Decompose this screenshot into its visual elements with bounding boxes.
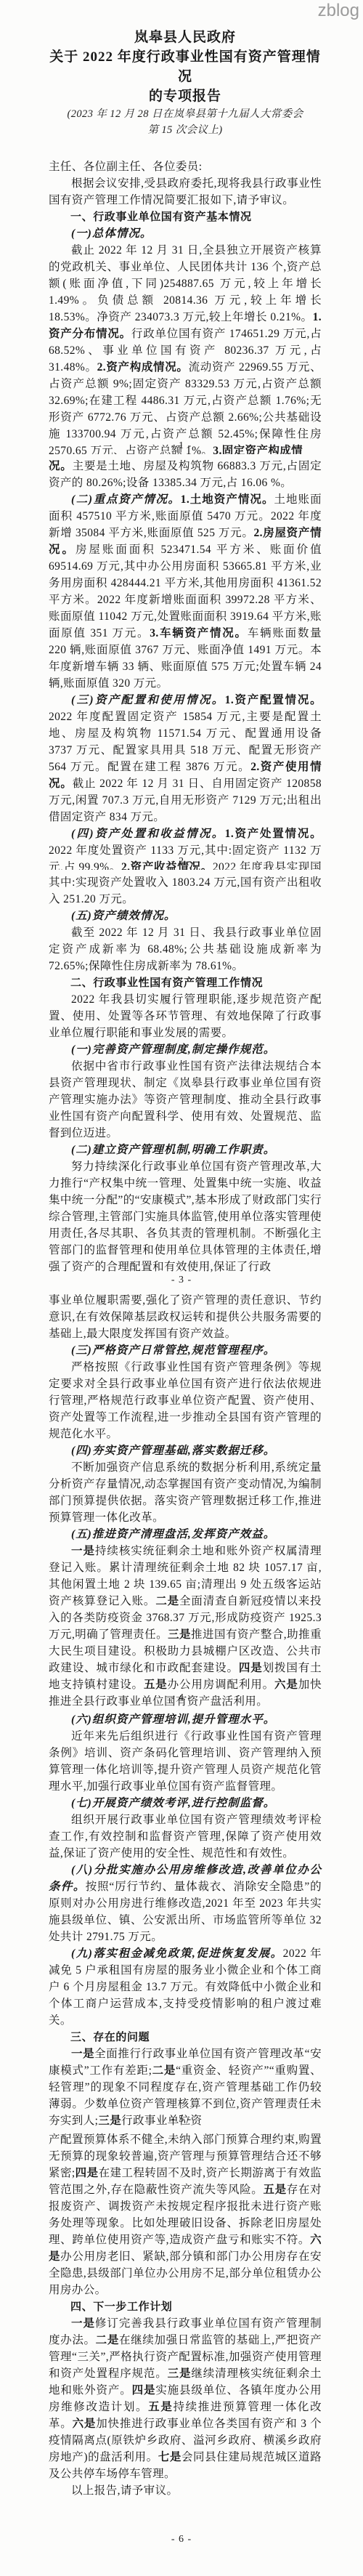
text-run: (一)总体情况。 (71, 227, 152, 240)
text-run: 主任、各位副主任、各位委员: (49, 161, 202, 173)
text-run: (四)资产处置和收益情况。 (71, 828, 225, 840)
text-run: 二是 (152, 2064, 176, 2077)
text-run: 五是 (263, 2184, 286, 2196)
text-run: 1.资产处置情况。 (225, 828, 322, 840)
block-h2: (七)开展资产绩效考评,进行控制监督。 (49, 1795, 322, 1812)
text-run: 房屋账面面积 523471.54 平方米、账面价值 69514.69 万元,其中… (49, 544, 322, 639)
text-run: (六)组织资产管理培训,提升管理水平。 (71, 1713, 275, 1726)
block-para: 努力持续深化行政事业单位国有资产管理改革,大力推行“产权集中统一管理、处置集中统… (49, 1158, 322, 1275)
text-run: 七是 (158, 2451, 181, 2463)
text-run: 2.资产构成情况。 (97, 361, 189, 374)
page-number: - 3 - (0, 1275, 363, 1286)
text-run: 按照“厉行节约、量体裁衣、消除安全隐患”的原则对办公用房进行维修改造,2021 … (49, 1881, 322, 1943)
page-number: - 1 - (0, 440, 363, 452)
block-para: 2022 年我县切实履行管理职能,逐步规范资产配置、使用、处置等各环节管理、有效… (49, 991, 322, 1041)
block-cont: 事业单位履职需要,强化了资产管理的责任意识、节约意识,在有效保障基层政权运转和提… (49, 1292, 322, 1342)
block-para: 以上报告,请予审议。 (49, 2482, 322, 2499)
block-h1: 一、行政事业单位国有资产基本情况 (49, 209, 322, 225)
text-run: 六是 (274, 1679, 298, 1691)
text-run: 五是 (148, 2401, 173, 2413)
text-run: 依据中省市行政事业性国有资产法律法规结合本县资产管理现状、制定《岚皋县行政事业单… (49, 1060, 322, 1139)
text-run: 组织开展行政事业单位国有资产管理绩效考评检查工作,有效控制和监督资产管理,保障了… (49, 1814, 322, 1860)
text-run: (四)夯实资产管理基础,落实数据迁移。 (71, 1445, 275, 1457)
block-para: (二)重点资产情况。1.土地资产情况。土地账面面积 457510 平方米,账面原… (49, 491, 322, 692)
text-run: 三、存在的问题 (70, 2031, 150, 2043)
block-h1: 四、下一步工作计划 (49, 2298, 322, 2315)
block-cont: 况。主要是土地、房屋及构筑物 66883.3 万元,占固定资产的 80.26%;… (49, 458, 322, 491)
block-h2: (一)完善资产管理制度,制定操作规范。 (49, 1041, 322, 1058)
block-h2: (四)夯实资产管理基础,落实数据迁移。 (49, 1442, 322, 1459)
block-title: 岚皋县人民政府 (49, 28, 322, 47)
block-title: 的专项报告 (49, 86, 322, 106)
page-number: - 4 - (0, 1692, 363, 1704)
text-run: (2023 年 12 月 28 日在岚皋县第十九届人大常委会 (68, 108, 303, 120)
text-run: 其中:实现资产处置收入 1803.24 万元,国有资产出租收入 251.20 万… (49, 876, 322, 905)
text-run: 四是 (76, 2167, 99, 2179)
text-run: 四、下一步工作计划 (70, 2301, 172, 2313)
block-cont: 其中:实现资产处置收入 1803.24 万元,国有资产出租收入 251.20 万… (49, 874, 322, 908)
text-run: 四是 (239, 1662, 263, 1674)
block-h2: (五)推进资产清理盘活,发挥资产效益。 (49, 1526, 322, 1543)
text-run: 3.车辆资产情况。 (150, 627, 248, 639)
text-run: (三)资产配置和使用情况。 (71, 694, 225, 706)
text-run: 二、行政事业性国有资产管理工作情况 (70, 977, 263, 989)
text-run: 四是 (132, 2384, 156, 2397)
text-run: 六是 (73, 2418, 97, 2430)
text-run: 截止 2022 年 12 月 31 日,全县独立开展资产核算的党政机关、事业单位… (49, 244, 322, 323)
block-para: 一是持续核实统征剩余土地和账外资产权属清理登记入账。累计清理统征剩余土地 82 … (49, 1543, 322, 1706)
block-title: 关于 2022 年度行政事业性国有资产管理情况 (49, 47, 322, 86)
text-run: 二是 (155, 1595, 179, 1607)
text-run: 二是 (96, 2334, 119, 2346)
text-run: 根据会议安排,受县政府委托,现将我县行政事业性国有资产管理工作情况简要汇报如下,… (49, 177, 322, 206)
block-h2: (五)资产绩效情况。 (49, 908, 322, 924)
text-run: 严格按照《行政事业性国有资产管理条例》等规定要求对全县行政事业单位国有资产进行依… (49, 1361, 322, 1440)
block-para: 截至 2022 年 12 月 31 日、我县行政事业单位固定资产成新率为 68.… (49, 924, 322, 974)
block-para: (三)资产配置和使用情况。1.资产配置情况。2022 年度配置固定资产 1585… (49, 692, 322, 825)
text-run: 1.土地资产情况。 (181, 493, 274, 506)
text-run: (二)建立资产管理机制,明确工作职责。 (71, 1144, 275, 1156)
block-h2: (二)建立资产管理机制,明确工作职责。 (49, 1142, 322, 1158)
text-run: 努力持续深化行政事业单位国有资产管理改革,大力推行“产权集中统一管理、处置集中统… (49, 1160, 322, 1273)
page-2: 况。主要是土地、房屋及构筑物 66883.3 万元,占固定资产的 80.26%;… (0, 454, 363, 870)
scanned-report-document: zblog 岚皋县人民政府关于 2022 年度行政事业性国有资产管理情况的专项报… (0, 0, 363, 2576)
block-h2: (一)总体情况。 (49, 225, 322, 242)
block-salutation: 主任、各位副主任、各位委员: (49, 158, 322, 175)
block-meeting: (2023 年 12 月 28 日在岚皋县第十九届人大常委会 (49, 106, 322, 122)
text-run: 一是 (71, 2317, 95, 2330)
block-para: 一是修订完善我县行政事业单位国有资产管理制度办法。二是在继续加强日常监管的基础上… (49, 2315, 322, 2482)
text-run: 三是 (168, 1628, 191, 1641)
block-meeting: 第 15 次会议上) (49, 122, 322, 138)
block-para: 依据中省市行政事业性国有资产法律法规结合本县资产管理现状、制定《岚皋县行政事业单… (49, 1058, 322, 1142)
text-run: 近年来先后组织进行《行政事业性国有资产管理条例》培训、资产条码化管理培训、资产管… (49, 1730, 322, 1793)
block-para: 不断加强资产信息系统的数据分析利用,系统定量分析资产存量情况,动态掌握国有资产变… (49, 1459, 322, 1526)
text-run: 2022 年我县切实履行管理职能,逐步规范资产配置、使用、处置等各环节管理、有效… (49, 993, 322, 1039)
page-3: 其中:实现资产处置收入 1803.24 万元,国有资产出租收入 251.20 万… (0, 870, 363, 1288)
page-1: 岚皋县人民政府关于 2022 年度行政事业性国有资产管理情况的专项报告(2023… (0, 0, 363, 454)
document-pages: 岚皋县人民政府关于 2022 年度行政事业性国有资产管理情况的专项报告(2023… (0, 0, 363, 2576)
page-5: (六)组织资产管理培训,提升管理水平。近年来先后组织进行《行政事业性国有资产管理… (0, 1706, 363, 2128)
text-run: 办公用房老旧、紧缺,部分镇和部门办公用房存在安全隐患,县级部门单位办公用房不足,… (49, 2250, 322, 2296)
text-run: 截止 2022 年 12 月 31 日、自用固定资产 120858 万元,闲置 … (49, 778, 322, 823)
block-h1: 二、行政事业性国有资产管理工作情况 (49, 974, 322, 991)
text-run: 主要是土地、房屋及构筑物 66883.3 万元,占固定资产的 80.26%;设备… (49, 460, 322, 489)
block-para: 组织开展行政事业单位国有资产管理绩效考评检查工作,有效控制和监督资产管理,保障了… (49, 1812, 322, 1862)
block-h2: (三)严格资产日常管控,规范管理程序。 (49, 1342, 322, 1359)
block-para: 截止 2022 年 12 月 31 日,全县独立开展资产核算的党政机关、事业单位… (49, 242, 322, 454)
page-4: 事业单位履职需要,强化了资产管理的责任意识、节约意识,在有效保障基层政权运转和提… (0, 1288, 363, 1706)
text-run: (五)推进资产清理盘活,发挥资产效益。 (71, 1528, 275, 1541)
page-number: - 2 - (0, 856, 363, 868)
text-run: 截至 2022 年 12 月 31 日、我县行政事业单位固定资产成新率为 68.… (49, 926, 322, 972)
page-number: - 6 - (0, 2534, 363, 2545)
text-run: (二)重点资产情况。 (71, 493, 181, 506)
block-h1: 三、存在的问题 (49, 2029, 322, 2046)
text-run: 不断加强资产信息系统的数据分析利用,系统定量分析资产存量情况,动态掌握国有资产变… (49, 1461, 322, 1524)
text-run: 以上报告,请予审议。 (71, 2484, 178, 2497)
text-run: 岚皋县人民政府 (134, 30, 236, 45)
text-run: 三是 (168, 2367, 192, 2380)
text-run: 第 15 次会议上) (147, 124, 222, 136)
block-h2: (六)组织资产管理培训,提升管理水平。 (49, 1711, 322, 1728)
text-run: 事业单位履职需要,强化了资产管理的责任意识、节约意识,在有效保障基层政权运转和提… (49, 1294, 322, 1340)
text-run: 1.资产配置情况。 (225, 694, 322, 706)
block-cont: 产配置预算体系不健全,未纳入部门预算合理约束,购置无预算的现象较普遍,资产管理与… (49, 2131, 322, 2298)
block-para: 严格按照《行政事业性国有资产管理条例》等规定要求对全县行政事业单位国有资产进行依… (49, 1359, 322, 1442)
text-run: 的专项报告 (149, 89, 221, 104)
block-para: (八)分批实施办公用房维修改造,改善单位办公条件。按照“厉行节约、量体裁衣、消除… (49, 1862, 322, 1945)
text-run: (七)开展资产绩效考评,进行控制监督。 (71, 1797, 275, 1809)
text-run: 况。 (49, 460, 73, 472)
text-run: (三)严格资产日常管控,规范管理程序。 (71, 1344, 275, 1357)
block-para: 近年来先后组织进行《行政事业性国有资产管理条例》培训、资产条码化管理培训、资产管… (49, 1728, 322, 1795)
zblog-watermark: zblog (318, 0, 359, 22)
text-run: 关于 2022 年度行政事业性国有资产管理情况 (49, 49, 321, 84)
text-run: 一是 (71, 2048, 94, 2060)
text-run: 一是 (71, 1545, 95, 1557)
page-number: - 5 - (0, 2114, 363, 2125)
text-run: (一)完善资产管理制度,制定操作规范。 (71, 1043, 275, 1056)
text-run: 五是 (144, 1679, 168, 1691)
text-run: (九)落实租金减免政策,促进恢复发展。 (71, 1947, 283, 1960)
page-6: 产配置预算体系不健全,未纳入部门预算合理约束,购置无预算的现象较普遍,资产管理与… (0, 2128, 363, 2576)
text-run: 办公用房调配利用。 (168, 1679, 274, 1691)
block-para: (九)落实租金减免政策,促进恢复发展。2022 年减免 5 户承租国有房屋的服务… (49, 1945, 322, 2029)
block-para: 根据会议安排,受县政府委托,现将我县行政事业性国有资产管理工作情况简要汇报如下,… (49, 175, 322, 209)
text-run: 一、行政事业单位国有资产基本情况 (70, 211, 252, 223)
text-run: (五)资产绩效情况。 (71, 910, 176, 922)
